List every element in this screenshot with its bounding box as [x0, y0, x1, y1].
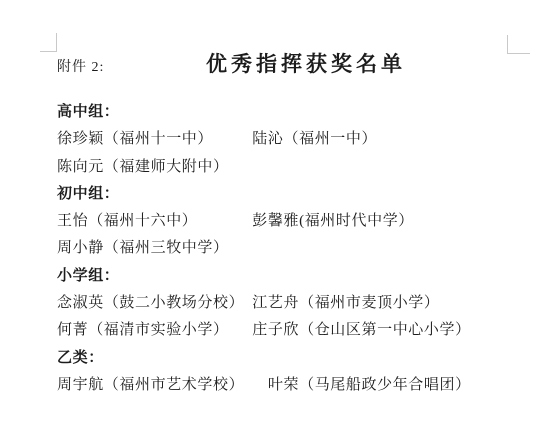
list-item: 周宇航（福州市艺术学校） 叶荣（马尾船政少年合唱团） [57, 372, 544, 399]
list-item: 王怡（福州十六中） 彭馨雅(福州时代中学） [57, 208, 544, 235]
list-item: 何菁（福清市实验小学） 庄子欣（仓山区第一中心小学） [57, 317, 544, 344]
page-title: 优秀指挥获奖名单 [0, 48, 554, 78]
award-list: 高中组： 徐珍颖（福州十一中） 陆沁（福州一中） 陈向元（福建师大附中） 初中组… [57, 99, 544, 399]
list-item: 周小静（福州三牧中学） [57, 235, 544, 262]
group-label-primary: 小学组： [57, 263, 544, 290]
list-item: 念淑英（鼓二小教场分校） 江艺舟（福州市麦顶小学） [57, 290, 544, 317]
group-label-junior-high: 初中组： [57, 181, 544, 208]
list-item: 陈向元（福建师大附中） [57, 154, 544, 181]
group-label-category-b: 乙类： [57, 345, 544, 372]
list-item: 徐珍颖（福州十一中） 陆沁（福州一中） [57, 126, 544, 153]
document-page: 附件 2: 优秀指挥获奖名单 高中组： 徐珍颖（福州十一中） 陆沁（福州一中） … [0, 0, 554, 431]
group-label-high-school: 高中组： [57, 99, 544, 126]
